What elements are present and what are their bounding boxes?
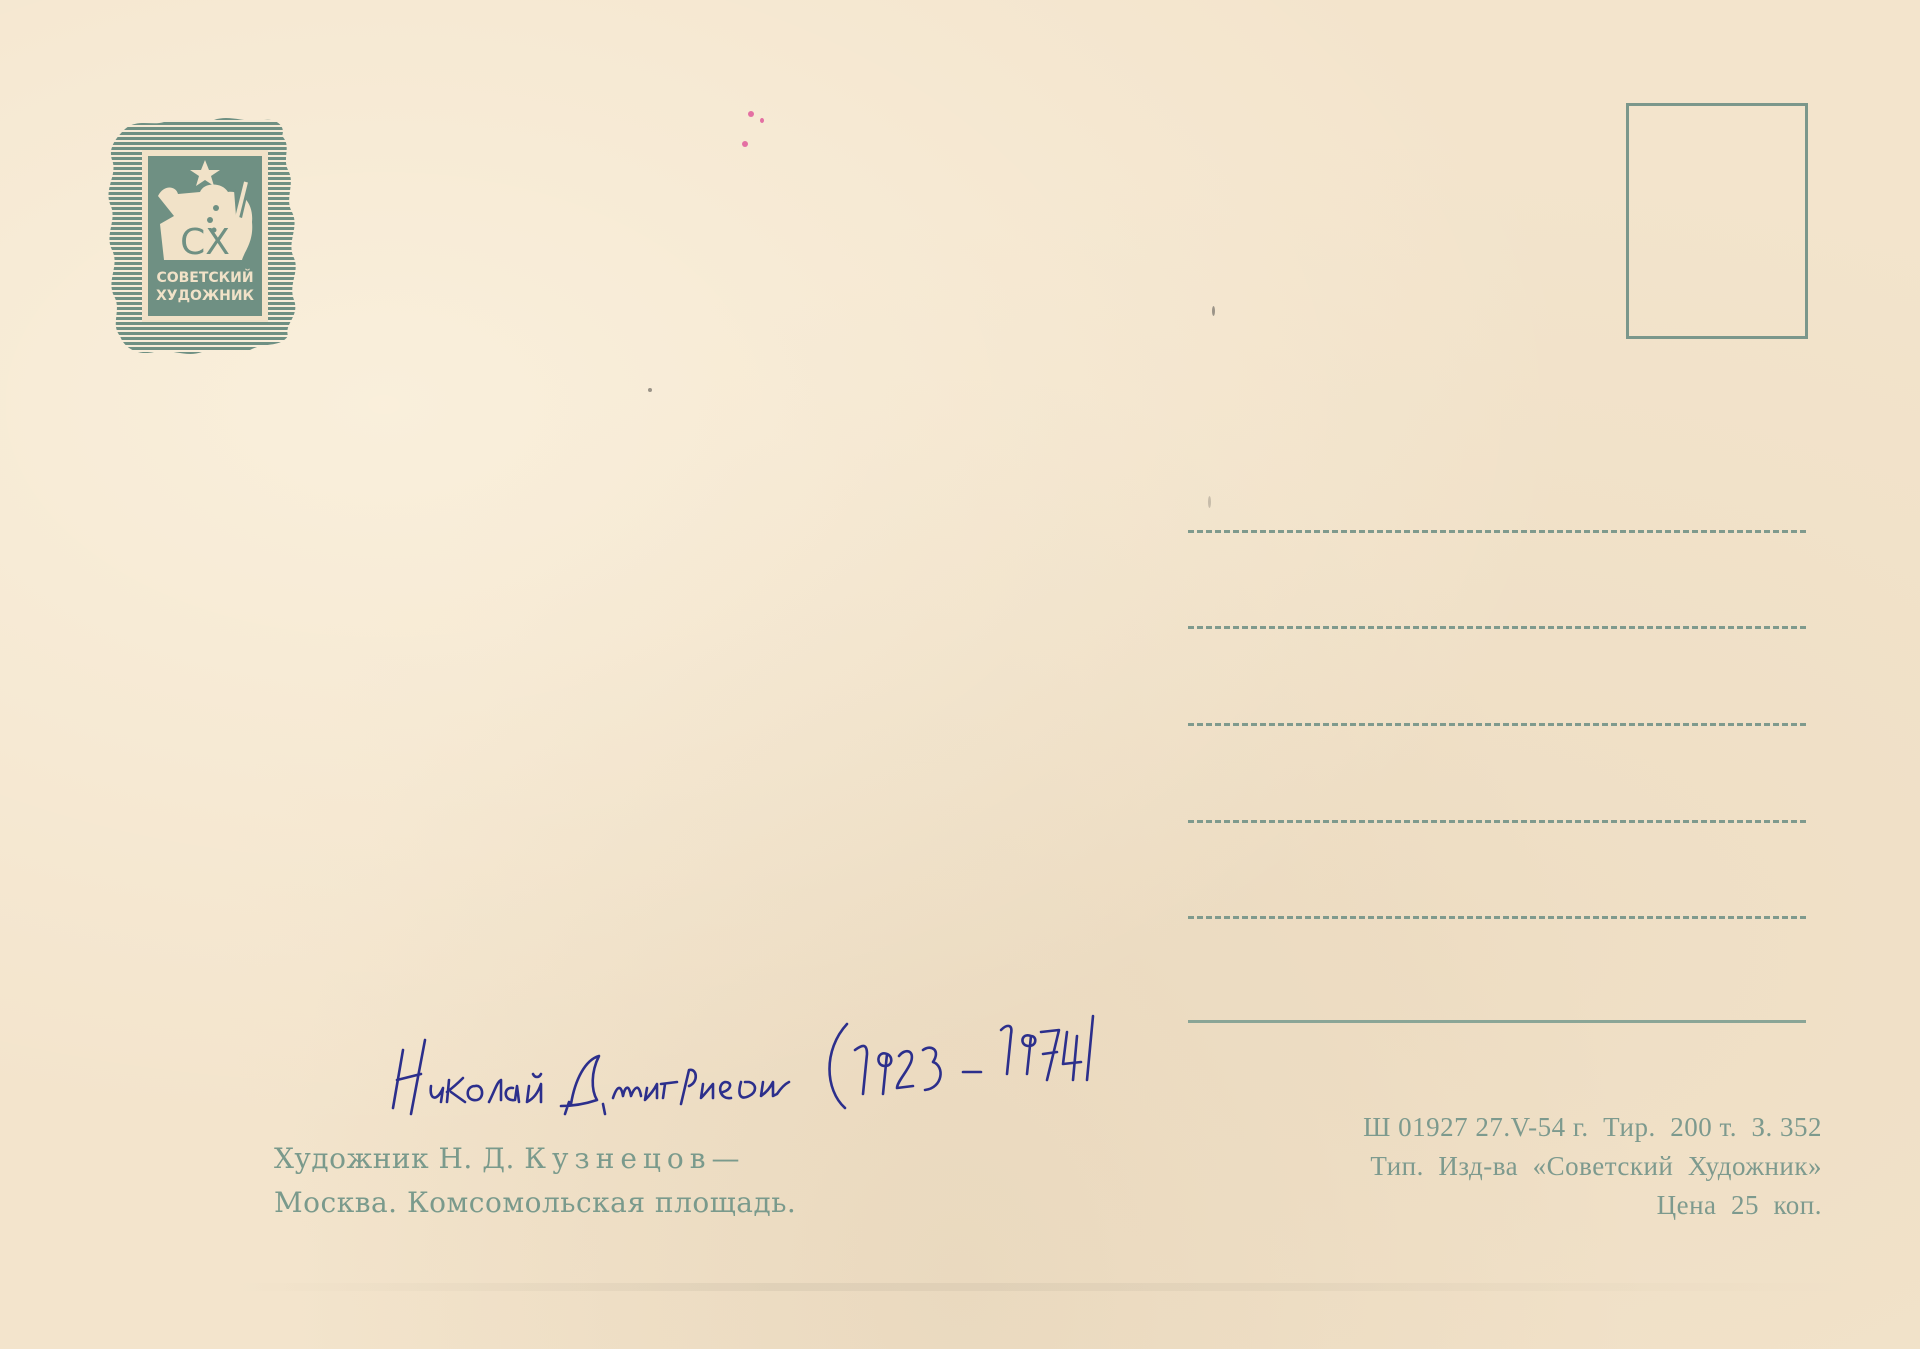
- caption-title-line: Москва. Комсомольская площадь.: [274, 1181, 796, 1225]
- imprint-print-run: Ш 01927 27.V-54 г. Тир. 200 т. З. 352: [1363, 1108, 1822, 1147]
- caption-artist-surname: Кузнецов—: [524, 1142, 745, 1175]
- address-line-2: [1188, 626, 1806, 629]
- soviet-artist-emblem-icon: СХ СОВЕТСКИЙ ХУДОЖНИК: [104, 112, 300, 356]
- imprint-publisher: Тип. Изд-ва «Советский Художник»: [1363, 1147, 1822, 1186]
- imprint-price: Цена 25 коп.: [1363, 1186, 1822, 1225]
- ink-speck: [760, 118, 764, 123]
- dirt-speck: [1212, 306, 1215, 316]
- publisher-logo: СХ СОВЕТСКИЙ ХУДОЖНИК: [104, 112, 300, 356]
- artwork-caption: Художник Н. Д. Кузнецов— Москва. Комсомо…: [274, 1137, 796, 1225]
- caption-artist-line: Художник Н. Д. Кузнецов—: [274, 1137, 796, 1181]
- handwritten-note: Николай Дмитриевич (1923 - 1974): [385, 1010, 1305, 1120]
- dirt-speck: [648, 388, 652, 392]
- svg-text:СХ: СХ: [180, 222, 230, 263]
- svg-text:ХУДОЖНИК: ХУДОЖНИК: [156, 288, 255, 304]
- dirt-speck: [1208, 496, 1211, 508]
- publisher-imprint: Ш 01927 27.V-54 г. Тир. 200 т. З. 352 Ти…: [1363, 1108, 1822, 1225]
- ink-speck: [742, 141, 748, 147]
- address-line-1: [1188, 530, 1806, 533]
- svg-text:СОВЕТСКИЙ: СОВЕТСКИЙ: [156, 269, 253, 286]
- address-line-5: [1188, 916, 1806, 919]
- address-line-3: [1188, 723, 1806, 726]
- address-line-4: [1188, 820, 1806, 823]
- caption-artist-prefix: Художник Н. Д.: [274, 1142, 515, 1175]
- stamp-placeholder-box: [1626, 103, 1808, 339]
- offset-ghost-band: [230, 1283, 1850, 1291]
- ink-speck: [748, 111, 754, 117]
